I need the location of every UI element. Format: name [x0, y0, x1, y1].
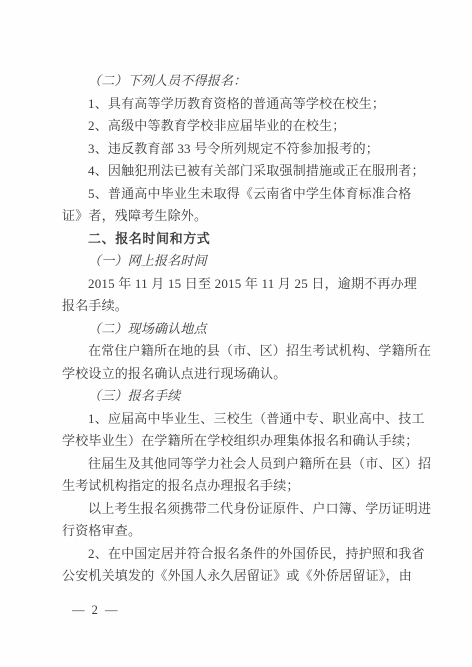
page-number: — 2 — [72, 603, 120, 618]
text-line: 学校毕业生）在学籍所在学校组织办理集体报名和确认手续； [62, 430, 414, 453]
text-line: 4、因触犯刑法已被有关部门采取强制措施或正在服刑者； [62, 160, 414, 183]
text-line: 行资格审查。 [62, 520, 414, 543]
text-line: （一）网上报名时间 [62, 250, 414, 273]
text-line: 2、高级中等教育学校非应届毕业的在校生； [62, 115, 414, 138]
text-line: 2、在中国定居并符合报名条件的外国侨民，持护照和我省 [62, 543, 414, 566]
text-line: 二、报名时间和方式 [62, 228, 414, 251]
text-line: 公安机关填发的《外国人永久居留证》或《外侨居留证》，由 [62, 565, 414, 588]
text-line: 学校设立的报名确认点进行现场确认。 [62, 363, 414, 386]
text-line: 报名手续。 [62, 295, 414, 318]
text-line: 1、具有高等学历教育资格的普通高等学校在校生； [62, 93, 414, 116]
text-line: 证》者，残障考生除外。 [62, 205, 414, 228]
text-line: （三）报名手续 [62, 385, 414, 408]
text-line: 在常住户籍所在地的县（市、区）招生考试机构、学籍所在 [62, 340, 414, 363]
text-line: （二）现场确认地点 [62, 318, 414, 341]
text-line: 以上考生报名须携带二代身份证原件、户口簿、学历证明进 [62, 498, 414, 521]
text-line: 2015 年 11 月 15 日至 2015 年 11 月 25 日，逾期不再办… [62, 273, 414, 296]
text-line: 5、普通高中毕业生未取得《云南省中学生体育标准合格 [62, 183, 414, 206]
document-body: （二）下列人员不得报名：1、具有高等学历教育资格的普通高等学校在校生；2、高级中… [62, 70, 414, 588]
text-line: 生考试机构指定的报名点办理报名手续； [62, 475, 414, 498]
text-line: 往届生及其他同等学力社会人员到户籍所在县（市、区）招 [62, 453, 414, 476]
text-line: （二）下列人员不得报名： [62, 70, 414, 93]
document-page: （二）下列人员不得报名：1、具有高等学历教育资格的普通高等学校在校生；2、高级中… [0, 0, 472, 667]
text-line: 1、应届高中毕业生、三校生（普通中专、职业高中、技工 [62, 408, 414, 431]
text-line: 3、违反教育部 33 号令所列规定不符参加报考的； [62, 138, 414, 161]
